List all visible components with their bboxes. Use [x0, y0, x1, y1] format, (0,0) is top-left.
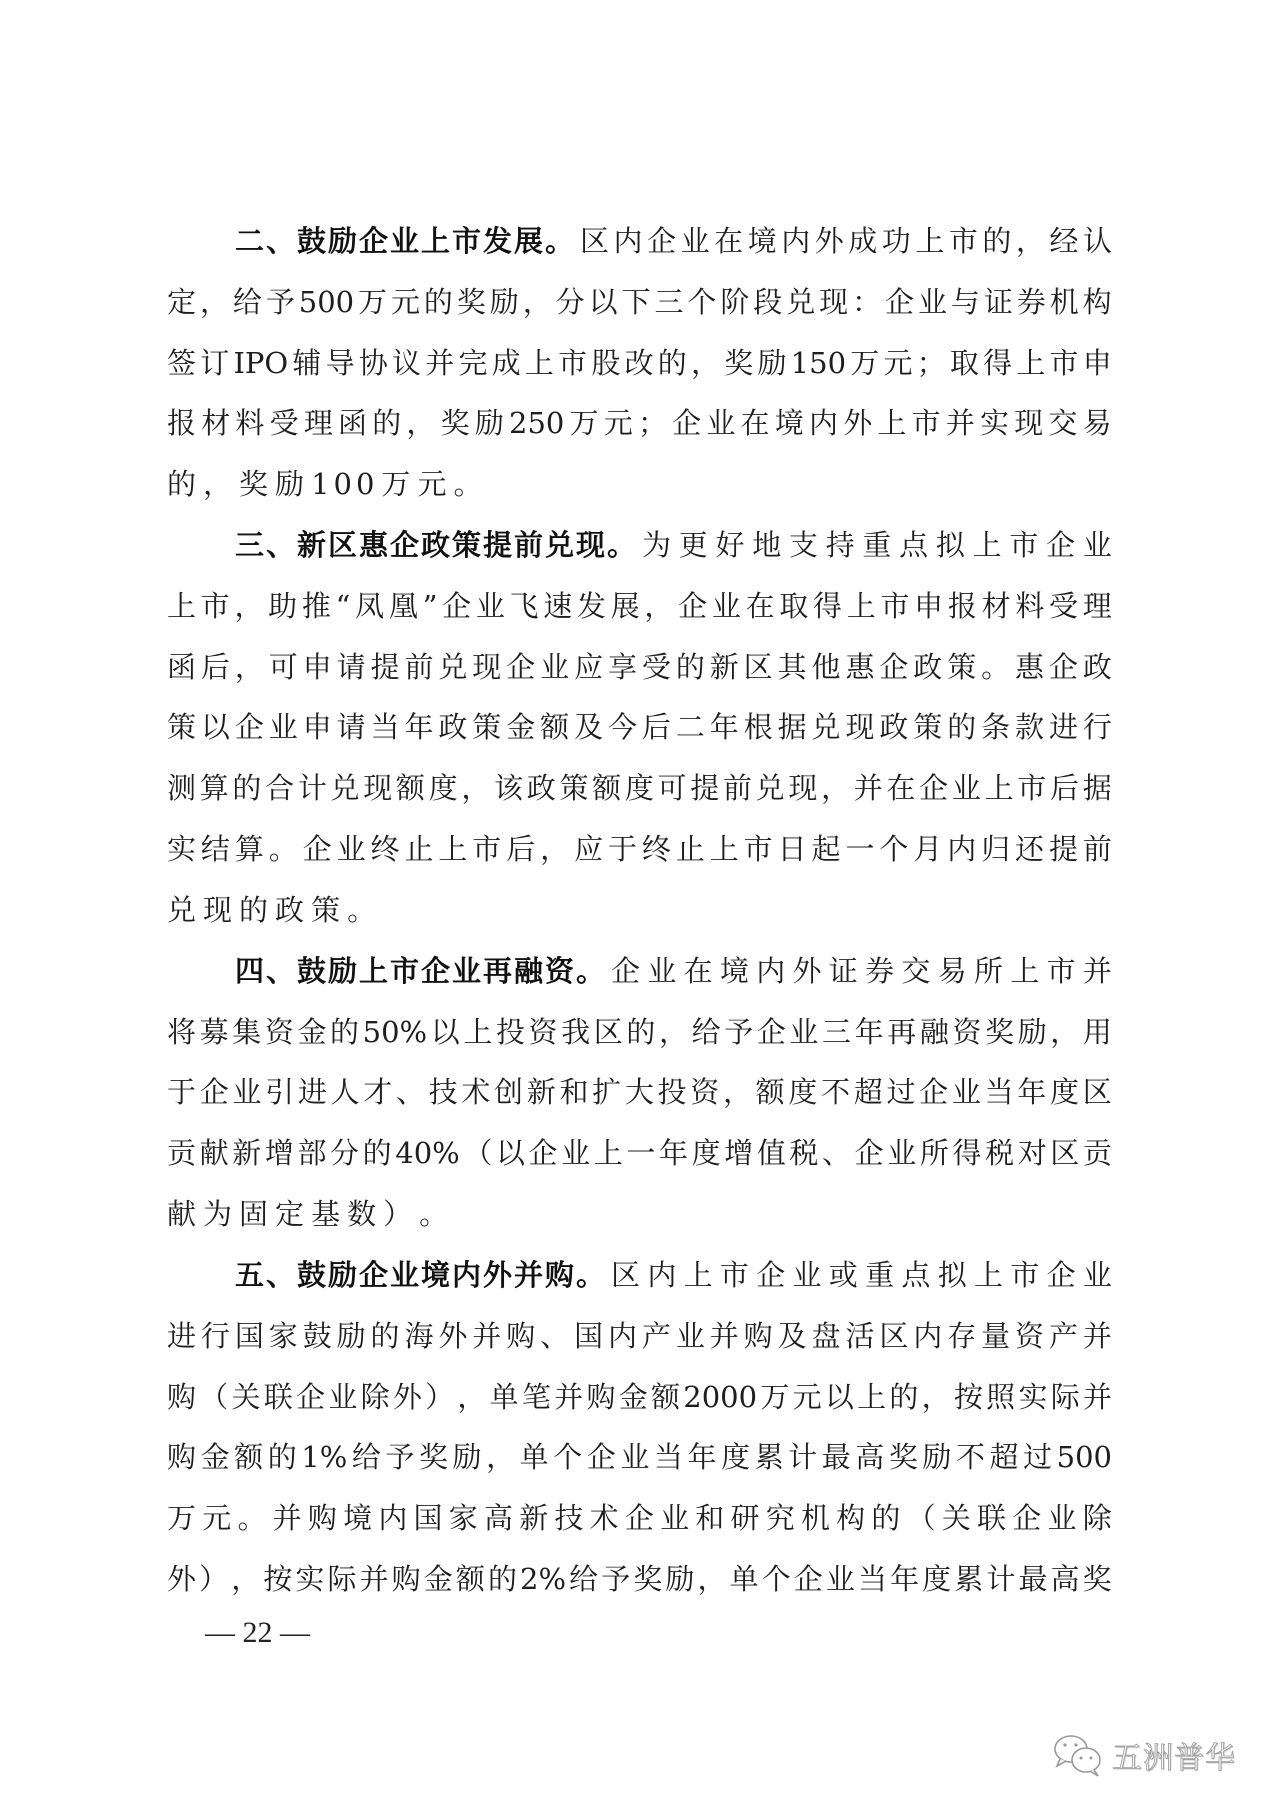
section-2-line-5: 的，奖励100万元。 [167, 454, 1112, 514]
watermark-text: 五洲普华 [1112, 1733, 1236, 1777]
section-2-line-2: 定，给予500万元的奖励，分以下三个阶段兑现：企业与证券机构 [167, 272, 1112, 332]
section-5-line-2: 进行国家鼓励的海外并购、国内产业并购及盘活区内存量资产并 [167, 1306, 1112, 1366]
section-5-line-3: 购（关联企业除外），单笔并购金额2000万元以上的，按照实际并 [167, 1367, 1112, 1427]
section-4-line-4: 贡献新增部分的40%（以企业上一年度增值税、企业所得税对区贡 [167, 1123, 1112, 1183]
section-4-text: 企业在境内外证券交易所上市并 [611, 941, 1112, 1001]
watermark: 五洲普华 [1052, 1732, 1236, 1778]
section-3-line-6: 实结算。企业终止上市后，应于终止上市日起一个月内归还提前 [167, 819, 1112, 879]
section-4-line-3: 于企业引进人才、技术创新和扩大投资，额度不超过企业当年度区 [167, 1062, 1112, 1122]
section-2-text: 区内企业在境内外成功上市的，经认 [580, 211, 1112, 271]
page-number: — 22 — [205, 1615, 310, 1651]
section-3-heading: 三、新区惠企政策提前兑现。 [235, 515, 638, 575]
section-3-line-3: 函后，可申请提前兑现企业应享受的新区其他惠企政策。惠企政 [167, 637, 1112, 697]
section-3-line-5: 测算的合计兑现额度，该政策额度可提前兑现，并在企业上市后据 [167, 758, 1112, 818]
section-5-line-6: 外），按实际并购金额的2%给予奖励，单个企业当年度累计最高奖 [167, 1549, 1112, 1609]
section-5-line-5: 万元。并购境内国家高新技术企业和研究机构的（关联企业除 [167, 1488, 1112, 1548]
section-2-line-3: 签订IPO辅导协议并完成上市股改的，奖励150万元；取得上市申 [167, 333, 1112, 393]
section-4-line-2: 将募集资金的50%以上投资我区的，给予企业三年再融资奖励，用 [167, 1002, 1112, 1062]
section-4-line-5: 献为固定基数）。 [167, 1184, 1112, 1244]
section-3-line-7: 兑现的政策。 [167, 880, 1112, 940]
section-5-line-4: 购金额的1%给予奖励，单个企业当年度累计最高奖励不超过500 [167, 1427, 1112, 1487]
section-2-line-4: 报材料受理函的，奖励250万元；企业在境内外上市并实现交易 [167, 393, 1112, 453]
section-2-line-1: 二、鼓励企业上市发展。 区内企业在境内外成功上市的，经认 [235, 211, 1112, 271]
section-5-line-1: 五、鼓励企业境内外并购。 区内上市企业或重点拟上市企业 [235, 1245, 1112, 1305]
section-4-line-1: 四、鼓励上市企业再融资。 企业在境内外证券交易所上市并 [235, 941, 1112, 1001]
section-3-line-2: 上市，助推“凤凰”企业飞速发展，企业在取得上市申报材料受理 [167, 576, 1112, 636]
section-2-heading: 二、鼓励企业上市发展。 [235, 211, 576, 271]
wechat-icon [1052, 1732, 1104, 1778]
document-page: 二、鼓励企业上市发展。 区内企业在境内外成功上市的，经认 定，给予500万元的奖… [0, 0, 1280, 1810]
section-3-text: 为更好地支持重点拟上市企业 [642, 515, 1112, 575]
section-4-heading: 四、鼓励上市企业再融资。 [235, 941, 607, 1001]
section-5-text: 区内上市企业或重点拟上市企业 [611, 1245, 1112, 1305]
section-3-line-1: 三、新区惠企政策提前兑现。 为更好地支持重点拟上市企业 [235, 515, 1112, 575]
section-5-heading: 五、鼓励企业境内外并购。 [235, 1245, 607, 1305]
section-3-line-4: 策以企业申请当年政策金额及今后二年根据兑现政策的条款进行 [167, 697, 1112, 757]
